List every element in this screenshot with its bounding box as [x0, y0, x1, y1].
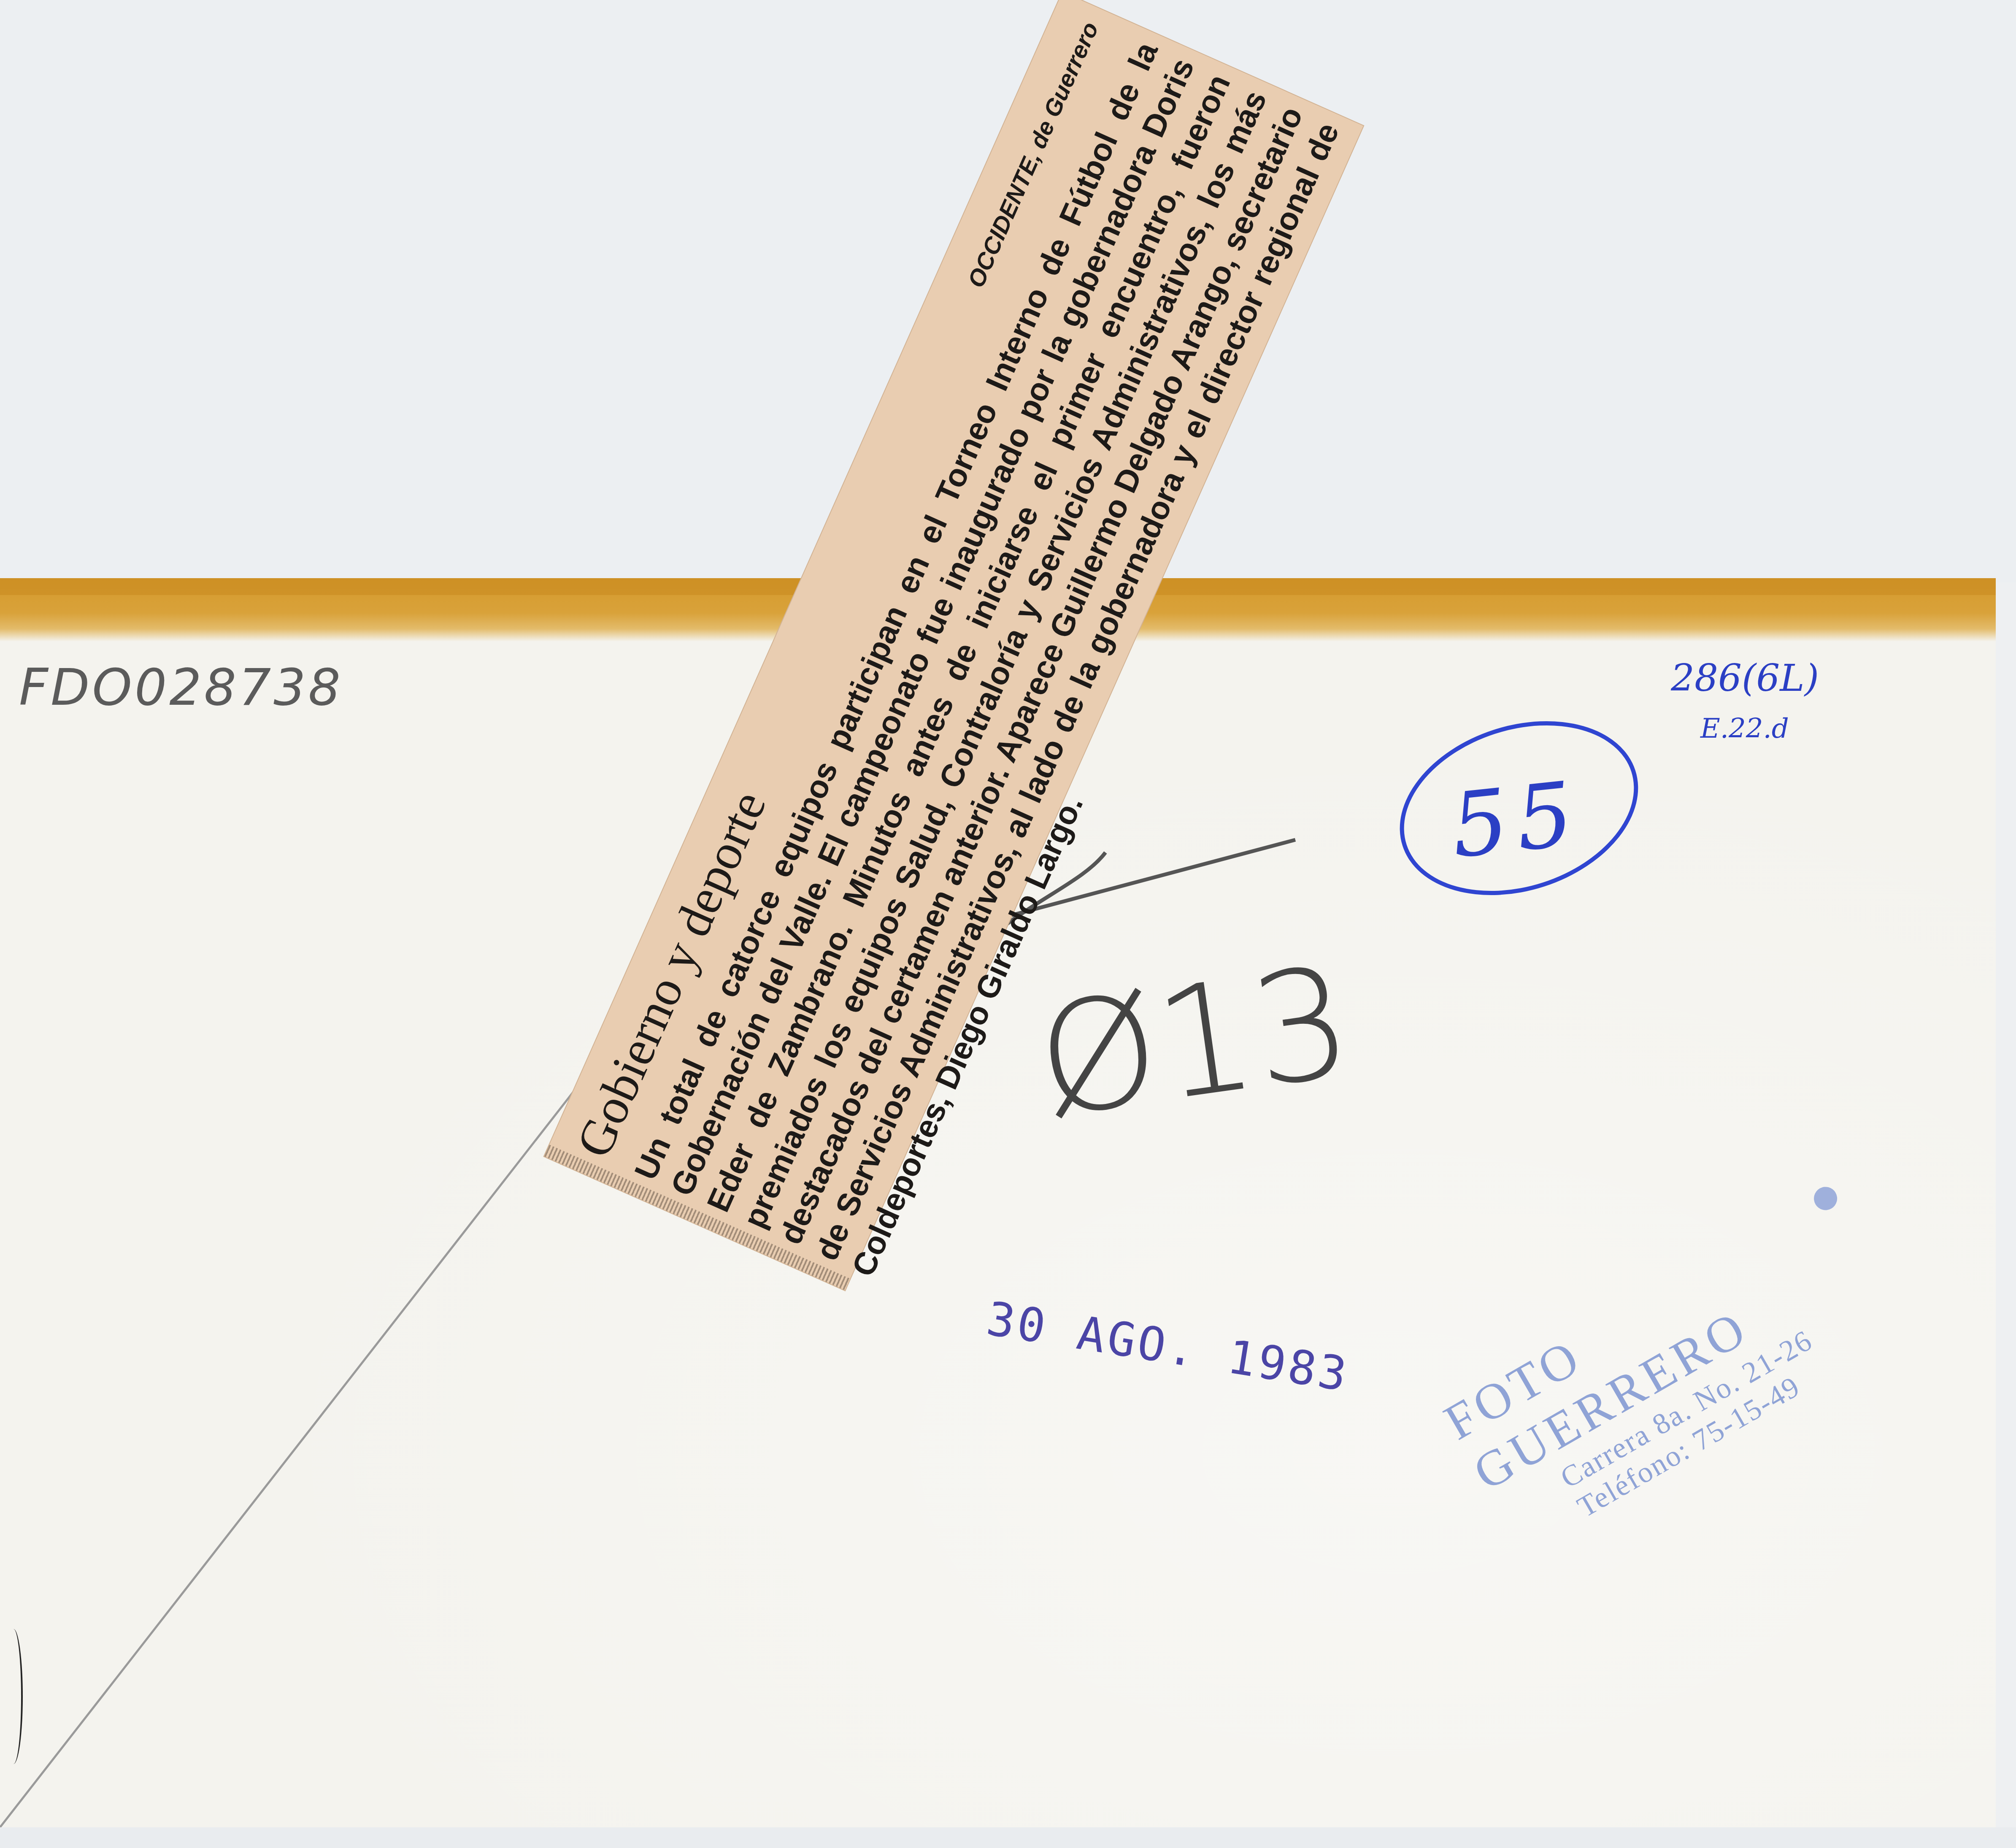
circled-number: 55 [1446, 762, 1586, 878]
catalog-id-pencil: FDO028738 [19, 658, 343, 717]
reference-subcode: E.22.d [1700, 713, 1789, 744]
reference-code: 286(6L) [1671, 656, 1819, 700]
pen-arc-mark [4, 1629, 23, 1764]
scanner-bottom-edge [0, 1827, 2016, 1848]
